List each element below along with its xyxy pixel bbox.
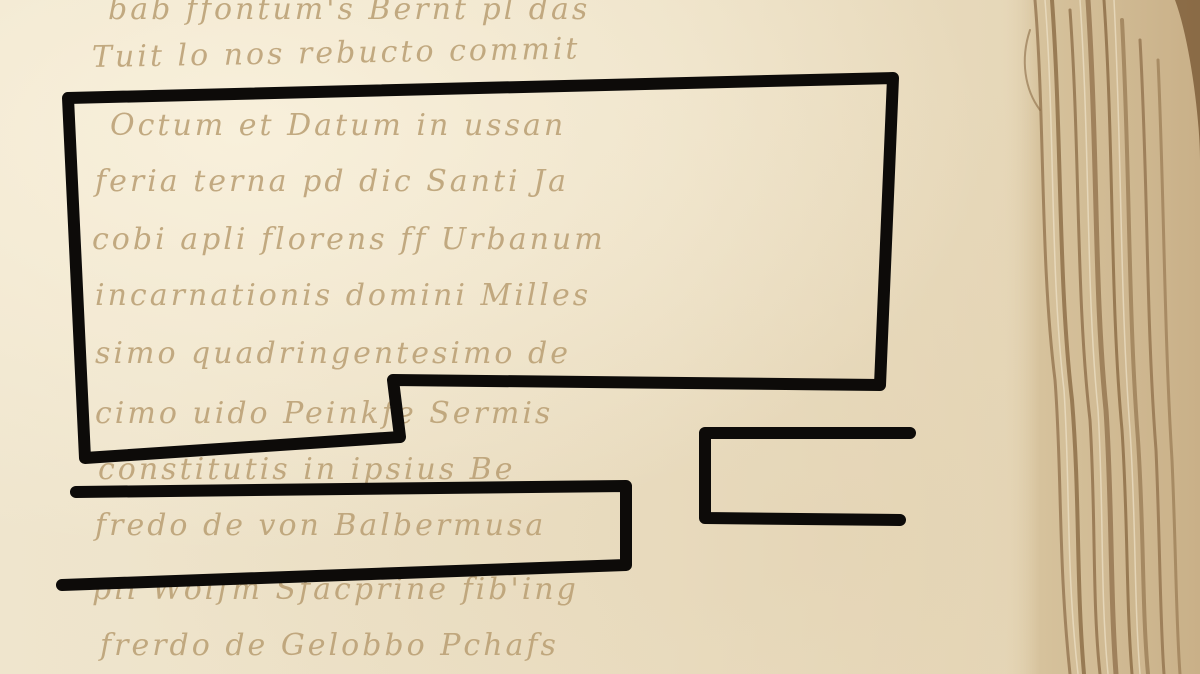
manuscript-line: incarnationis domini Milles (95, 278, 591, 313)
page-edges (1000, 0, 1200, 674)
manuscript-line: Octum et Datum in ussan (110, 108, 566, 143)
manuscript-line: feria terna pd dic Santi Ja (95, 164, 569, 199)
manuscript-image: bab ffontum's Bernt pl das Tuit lo nos r… (0, 0, 1200, 674)
manuscript-line: Tuit lo nos rebucto commit (92, 31, 581, 75)
manuscript-line: fredo de von Balbermusa (95, 508, 546, 543)
manuscript-line: bab ffontum's Bernt pl das (108, 0, 590, 27)
manuscript-line: simo quadringentesimo de (95, 336, 571, 371)
manuscript-line: frerdo de Gelobbo Pchafs (100, 628, 559, 663)
manuscript-line: cobi apli florens ff Urbanum (92, 222, 606, 257)
manuscript-line: cimo uido Peinkfe Sermis (95, 396, 553, 431)
